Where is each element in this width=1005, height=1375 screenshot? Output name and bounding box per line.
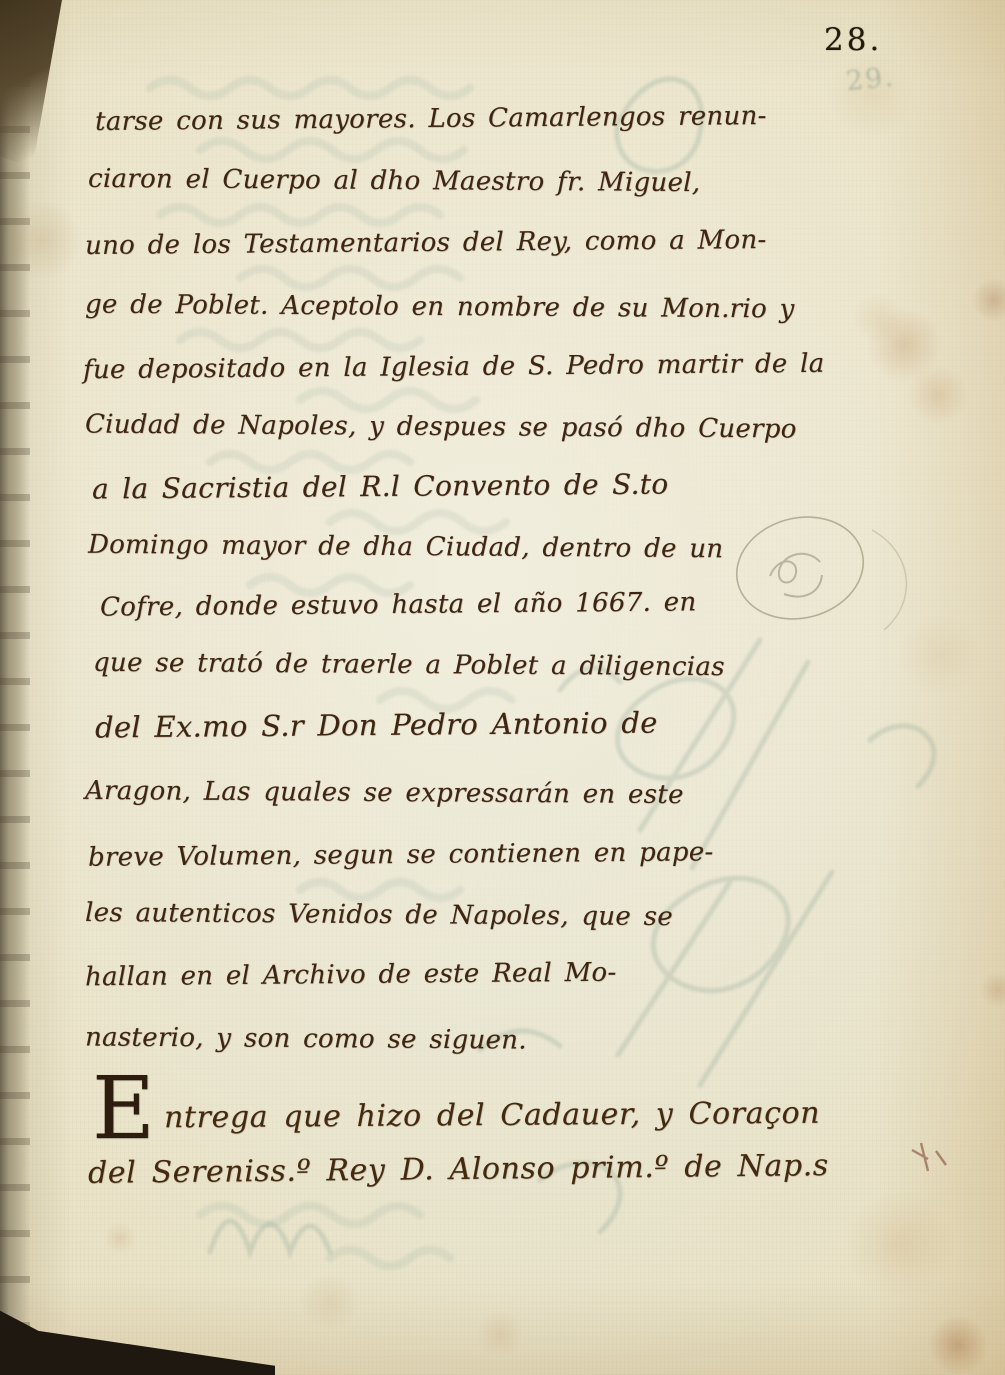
section-heading-line: ntrega que hizo del Cadauer, y Coraçon	[164, 1096, 820, 1136]
manuscript-line: ciaron el Cuerpo al dho Maestro fr. Migu…	[88, 164, 701, 198]
manuscript-line: nasterio, y son como se siguen.	[85, 1022, 527, 1055]
manuscript-line: Cofre, donde estuvo hasta el año 1667. e…	[100, 587, 697, 622]
section-heading-line: del Sereniss.º Rey D. Alonso prim.º de N…	[88, 1148, 829, 1191]
book-binding-edge	[0, 0, 30, 1375]
binding-corner-top-left	[0, 0, 62, 168]
manuscript-line: les autenticos Venidos de Napoles, que s…	[85, 898, 673, 932]
manuscript-line: del Ex.mo S.r Don Pedro Antonio de	[95, 706, 658, 745]
folio-number: 28.	[824, 22, 882, 58]
manuscript-line: Ciudad de Napoles, y despues se pasó dho…	[85, 410, 797, 445]
manuscript-page: 28. 29. tarse con sus mayores. Los Camar…	[0, 0, 1005, 1375]
manuscript-line: breve Volumen, segun se contienen en pap…	[88, 837, 714, 872]
folio-number-showthrough: 29.	[845, 62, 897, 98]
manuscript-line: tarse con sus mayores. Los Camarlengos r…	[95, 101, 767, 137]
manuscript-line: que se trató de traerle a Poblet a dilig…	[93, 648, 725, 682]
manuscript-line: Domingo mayor de dha Ciudad, dentro de u…	[88, 530, 724, 564]
embossed-oval-stamp	[722, 502, 932, 652]
manuscript-line: fue depositado en la Iglesia de S. Pedro…	[83, 349, 825, 385]
manuscript-line: uno de los Testamentarios del Rey, como …	[85, 225, 767, 261]
manuscript-line: hallan en el Archivo de este Real Mo-	[85, 958, 617, 993]
manuscript-line: ge de Poblet. Aceptolo en nombre de su M…	[85, 290, 795, 325]
manuscript-line: Aragon, Las quales se expressarán en est…	[85, 776, 684, 810]
cover-corner-bottom-left	[0, 1283, 275, 1375]
manuscript-line: a la Sacristia del R.l Convento de S.to	[92, 467, 669, 505]
heading-initial-capital: E	[92, 1066, 155, 1152]
